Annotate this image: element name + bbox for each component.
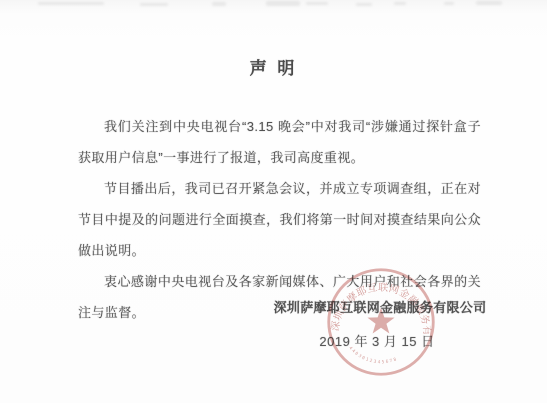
header-remnant-smudge bbox=[476, 1, 502, 5]
header-remnant-smudge bbox=[394, 2, 406, 5]
statement-paragraph-1: 我们关注到中央电视台“3.15 晚会”中对我司“涉嫌通过探针盒子获取用户信息”一… bbox=[78, 111, 481, 173]
seal-star-icon bbox=[367, 308, 394, 334]
header-remnant-smudge bbox=[140, 3, 168, 6]
header-remnant-smudge bbox=[212, 2, 226, 6]
header-remnant-smudge bbox=[444, 2, 454, 5]
company-seal: 深圳萨摩耶互联网金融服务有限公司 4403012345678 bbox=[323, 265, 439, 379]
header-remnant-smudge bbox=[306, 2, 328, 5]
header-remnant-smudge bbox=[266, 1, 300, 6]
statement-paragraph-2: 节目播出后，我司已召开紧急会议，并成立专项调查组，正在对节目中提及的问题进行全面… bbox=[78, 173, 481, 266]
header-remnant-smudge bbox=[356, 3, 372, 6]
header-remnant-smudge bbox=[38, 2, 104, 5]
statement-document: 声 明 我们关注到中央电视台“3.15 晚会”中对我司“涉嫌通过探针盒子获取用户… bbox=[0, 0, 547, 403]
seal-code-text: 4403012345678 bbox=[347, 345, 398, 365]
statement-title: 声 明 bbox=[0, 54, 547, 79]
